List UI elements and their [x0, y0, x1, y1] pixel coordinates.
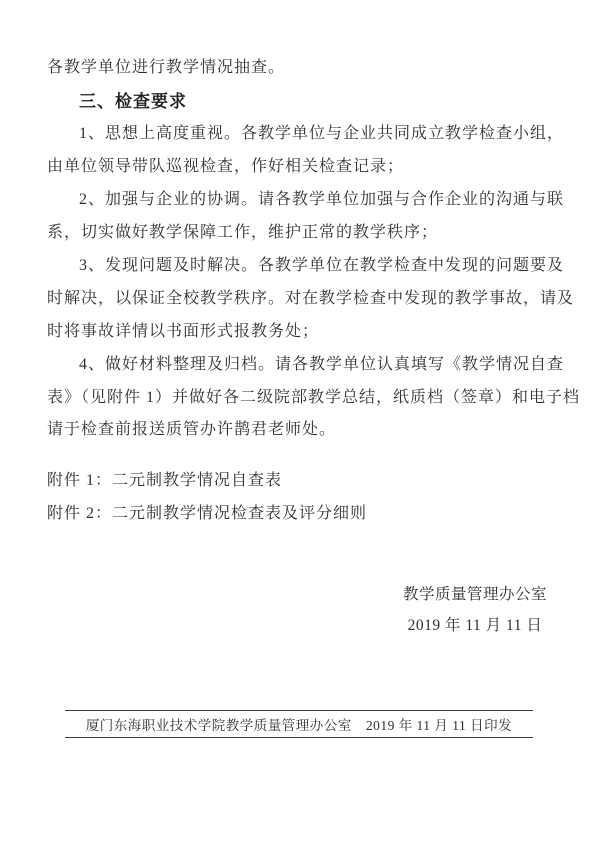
requirement-1-line-1: 1、思想上高度重视。各教学单位与企业共同成立教学检查小组， [79, 126, 564, 142]
signoff-date: 2019 年 11 月 11 日 [390, 618, 560, 634]
requirement-1-line-2: 由单位领导带队巡视检查，作好相关检查记录； [47, 159, 404, 175]
attachment-1: 附件 1：二元制教学情况自查表 [47, 473, 282, 489]
carryover-line: 各教学单位进行教学情况抽查。 [47, 60, 285, 76]
requirement-2-line-1: 2、加强与企业的协调。请各教学单位加强与合作企业的沟通与联 [79, 192, 564, 208]
attachment-2: 附件 2：二元制教学情况检查表及评分细则 [47, 506, 367, 522]
signoff-block: 教学质量管理办公室 2019 年 11 月 11 日 [390, 587, 560, 633]
requirement-3-line-2: 时解决，以保证全校教学秩序。对在教学检查中发现的教学事故，请及 [47, 291, 574, 307]
footer-print-date: 2019 年 11 月 11 日印发 [366, 714, 512, 734]
section-heading: 三、检查要求 [79, 93, 187, 110]
requirement-3-line-3: 时将事故详情以书面形式报教务处； [47, 324, 319, 340]
requirement-3-line-1: 3、发现问题及时解决。各教学单位在教学检查中发现的问题要及 [79, 258, 564, 274]
requirement-2-line-2: 系，切实做好教学保障工作，维护正常的教学秩序； [47, 225, 438, 241]
footer-issuer: 厦门东海职业技术学院教学质量管理办公室 [86, 714, 352, 734]
document-page: 各教学单位进行教学情况抽查。 三、检查要求 1、思想上高度重视。各教学单位与企业… [0, 0, 600, 848]
requirement-4-line-2: 表》（见附件 1）并做好各二级院部教学总结，纸质档（签章）和电子档 [47, 390, 580, 406]
signoff-org: 教学质量管理办公室 [390, 587, 560, 603]
requirement-4-line-1: 4、做好材料整理及归档。请各教学单位认真填写《教学情况自查 [79, 357, 564, 373]
footer-imprint: 厦门东海职业技术学院教学质量管理办公室 2019 年 11 月 11 日印发 [65, 710, 533, 738]
requirement-4-line-3: 请于检查前报送质管办许鹊君老师处。 [47, 422, 336, 438]
